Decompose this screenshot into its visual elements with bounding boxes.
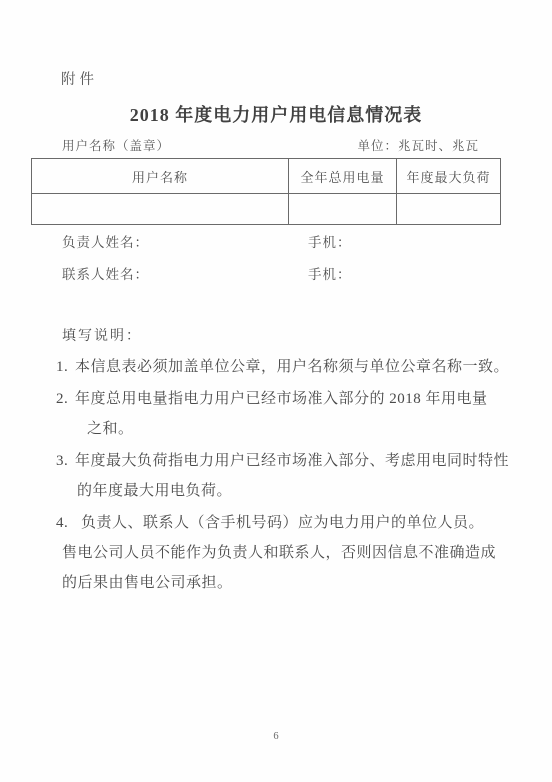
document-page: 附件 2018 年度电力用户用电信息情况表 用户名称（盖章） 单位：兆瓦时、兆瓦… (0, 0, 552, 782)
header-annual-consumption: 全年总用电量 (289, 159, 397, 194)
note-text: 年度最大负荷指电力用户已经市场准入部分、考虑用电同时特性 (75, 453, 509, 469)
note-line: 2.年度总用电量指电力用户已经市场准入部分的 2018 年用电量 (0, 384, 522, 414)
page-number: 6 (0, 730, 552, 744)
note-text: 年度总用电量指电力用户已经市场准入部分的 2018 年用电量 (75, 391, 488, 407)
table-row (32, 194, 501, 225)
page-title: 2018 年度电力用户用电信息情况表 (0, 102, 552, 128)
note-text: 本信息表必须加盖单位公章，用户名称须与单位公章名称一致。 (75, 359, 509, 375)
cell-max-load (397, 194, 501, 225)
unit-label: 单位：兆瓦时、兆瓦 (357, 134, 479, 158)
note-line: 3.年度最大负荷指电力用户已经市场准入部分、考虑用电同时特性 (0, 446, 522, 476)
header-user-name: 用户名称 (32, 159, 289, 194)
contact-person-row: 联系人姓名： 手机： (0, 262, 552, 288)
note-line: 之和。 (0, 414, 522, 444)
note-line: 的后果由售电公司承担。 (0, 568, 522, 598)
note-number: 1. (56, 352, 75, 382)
user-info-table: 用户名称 全年总用电量 年度最大负荷 (31, 158, 501, 225)
manager-phone-label: 手机： (308, 230, 352, 256)
note-item-1: 1.本信息表必须加盖单位公章，用户名称须与单位公章名称一致。 (0, 352, 522, 382)
note-number: 3. (56, 446, 75, 476)
note-text: 负责人、联系人（含手机号码）应为电力用户的单位人员。 (81, 515, 484, 531)
header-max-load: 年度最大负荷 (397, 159, 501, 194)
note-line: 的年度最大用电负荷。 (0, 476, 522, 506)
cell-user-name (32, 194, 289, 225)
note-item-3: 3.年度最大负荷指电力用户已经市场准入部分、考虑用电同时特性 的年度最大用电负荷… (0, 446, 522, 506)
note-item-2: 2.年度总用电量指电力用户已经市场准入部分的 2018 年用电量 之和。 (0, 384, 522, 444)
note-line: 1.本信息表必须加盖单位公章，用户名称须与单位公章名称一致。 (0, 352, 522, 382)
contact-name-label: 联系人姓名： (62, 267, 149, 282)
note-line: 4.负责人、联系人（含手机号码）应为电力用户的单位人员。 (0, 508, 522, 538)
stamp-label: 用户名称（盖章） (62, 134, 170, 158)
contact-phone-label: 手机： (308, 262, 352, 288)
notes-heading: 填写说明： (0, 322, 522, 352)
note-number: 4. (56, 508, 81, 538)
note-number: 2. (56, 384, 75, 414)
cell-annual-consumption (289, 194, 397, 225)
table-header-row: 用户名称 全年总用电量 年度最大负荷 (32, 159, 501, 194)
manager-row: 负责人姓名： 手机： (0, 230, 552, 256)
attachment-label: 附件 (61, 70, 98, 90)
fill-instructions: 填写说明： 1.本信息表必须加盖单位公章，用户名称须与单位公章名称一致。 2.年… (0, 322, 522, 598)
note-item-4: 4.负责人、联系人（含手机号码）应为电力用户的单位人员。 售电公司人员不能作为负… (0, 508, 522, 598)
manager-name-label: 负责人姓名： (62, 235, 149, 250)
note-line: 售电公司人员不能作为负责人和联系人，否则因信息不准确造成 (0, 538, 522, 568)
table-meta-row: 用户名称（盖章） 单位：兆瓦时、兆瓦 (62, 134, 479, 158)
